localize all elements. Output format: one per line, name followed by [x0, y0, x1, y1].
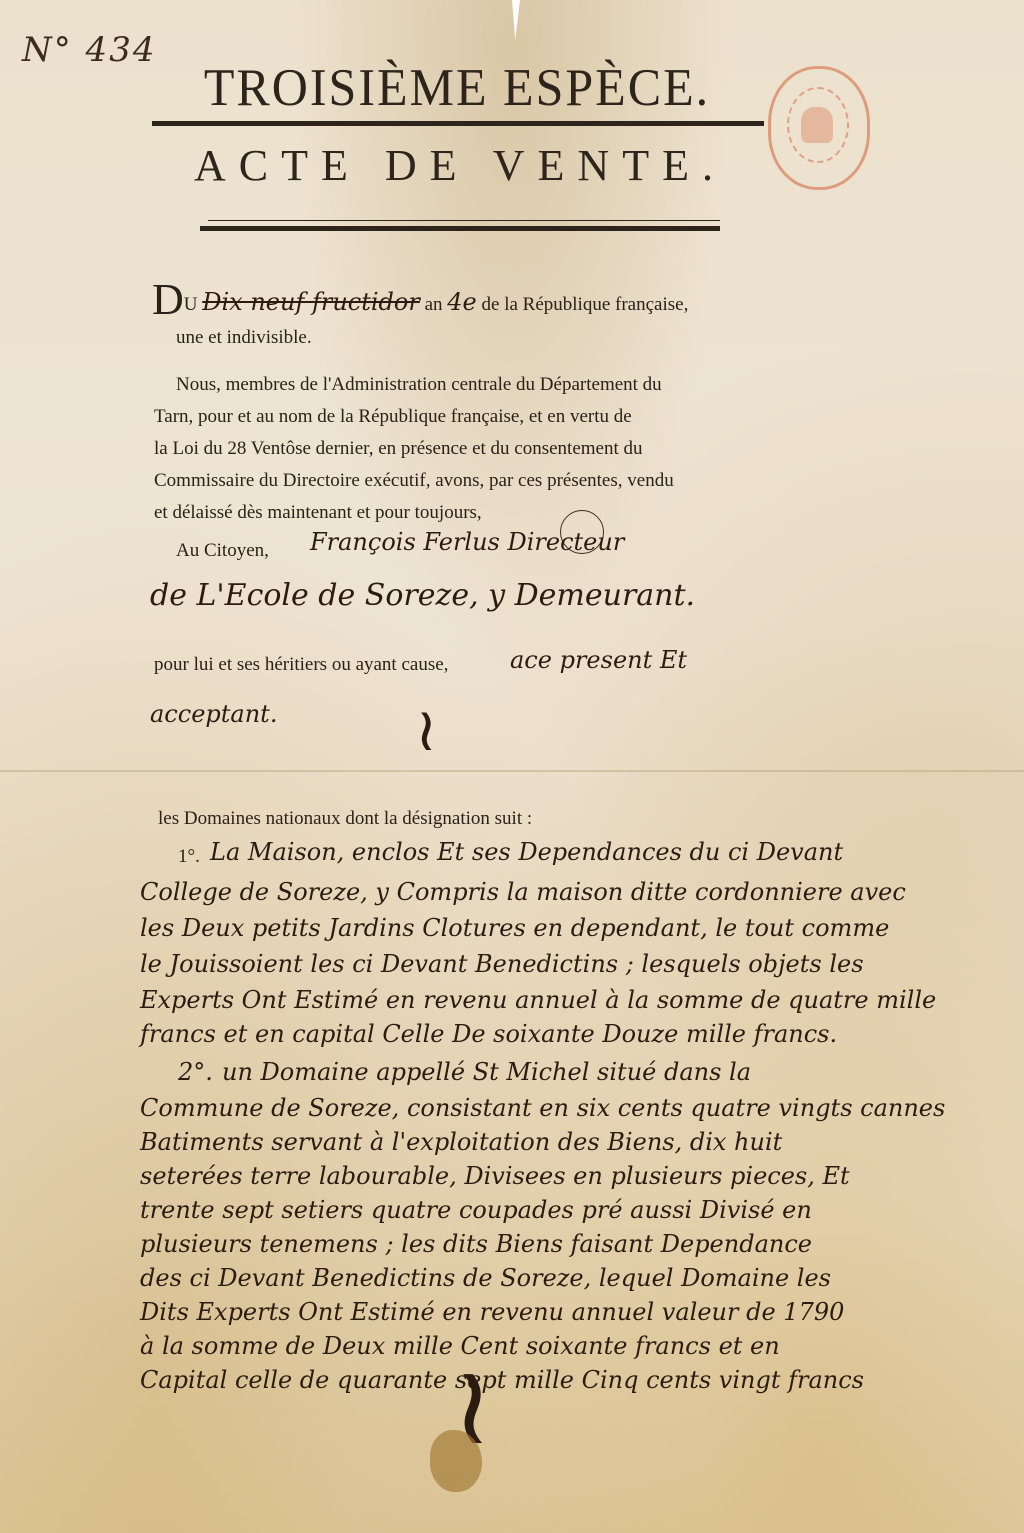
buyer-label: Au Citoyen, [176, 540, 269, 562]
paper-fold-line [0, 770, 1024, 772]
item-1-marker: 1°. [178, 846, 200, 868]
item-2-line-10: Capital celle de quarante sept mille Cin… [140, 1366, 864, 1394]
item-1-line-1: La Maison, enclos Et ses Dependances du … [210, 838, 843, 866]
date-line-2: une et indivisible. [176, 327, 312, 349]
date-suffix: de la République française, [477, 294, 689, 315]
preamble-line-1: Nous, membres de l'Administration centra… [176, 374, 662, 396]
preamble-line-5: et délaissé dès maintenant et pour toujo… [154, 502, 482, 524]
item-1-line-5: Experts Ont Estimé en revenu annuel à la… [140, 986, 936, 1014]
preamble-line-3: la Loi du 28 Ventôse dernier, en présenc… [154, 438, 643, 460]
item-2-line-5: trente sept setiers quatre coupades pré … [140, 1196, 812, 1224]
item-1-line-2: College de Soreze, y Compris la maison d… [140, 878, 906, 906]
item-2-line-7: des ci Devant Benedictins de Soreze, leq… [140, 1264, 831, 1292]
item-1-line-4: le Jouissoient les ci Devant Benedictins… [140, 950, 864, 978]
buyer-name-handwritten: François Ferlus Directeur [310, 528, 624, 556]
item-1-line-3: les Deux petits Jardins Clotures en depe… [140, 914, 889, 942]
dropcap: D [152, 275, 184, 324]
document-number: N° 434 [22, 30, 156, 70]
document-page: N° 434 TROISIÈME ESPÈCE. ACTE DE VENTE. … [0, 0, 1024, 1533]
preamble-line-2: Tarn, pour et au nom de la République fr… [154, 406, 632, 428]
item-2-marker: 2°. [178, 1058, 213, 1086]
handwritten-year: 4e [447, 288, 476, 316]
item-2-line-8: Dits Experts Ont Estimé en revenu annuel… [140, 1298, 844, 1326]
heading-type: TROISIÈME ESPÈCE. [172, 57, 742, 118]
item-2-line-1: un Domaine appellé St Michel situé dans … [222, 1058, 751, 1086]
dropcap-rest: U [184, 294, 198, 315]
buyer-address-handwritten: de L'Ecole de Soreze, y Demeurant. [150, 578, 695, 613]
date-line: DU Dix neuf fructidor an 4e de la Républ… [152, 278, 688, 322]
ink-stain [430, 1430, 482, 1492]
heading-rule-2a [208, 220, 720, 221]
heirs-printed: pour lui et ses héritiers ou ayant cause… [154, 654, 448, 676]
heirs-handwritten-2: acceptant. [150, 700, 277, 728]
brace-flourish-icon: ≀ [415, 700, 438, 760]
domains-intro: les Domaines nationaux dont la désignati… [158, 808, 532, 830]
date-an: an [420, 294, 447, 315]
item-2-line-2: Commune de Soreze, consistant en six cen… [140, 1094, 945, 1122]
paper-tear [512, 0, 520, 40]
heading-rule-2b [200, 226, 720, 231]
red-seal-stamp-icon [768, 66, 870, 190]
item-2-line-3: Batiments servant à l'exploitation des B… [140, 1128, 782, 1156]
handwritten-date: Dix neuf fructidor [202, 288, 420, 316]
preamble-line-4: Commissaire du Directoire exécutif, avon… [154, 470, 674, 492]
heading-act: ACTE DE VENTE. [190, 140, 730, 191]
item-2-line-4: seterées terre labourable, Divisees en p… [140, 1162, 850, 1190]
heading-rule-1 [152, 121, 764, 126]
heirs-handwritten-1: ace present Et [510, 646, 687, 674]
item-1-line-6: francs et en capital Celle De soixante D… [140, 1020, 837, 1048]
item-2-line-6: plusieurs tenemens ; les dits Biens fais… [140, 1230, 812, 1258]
